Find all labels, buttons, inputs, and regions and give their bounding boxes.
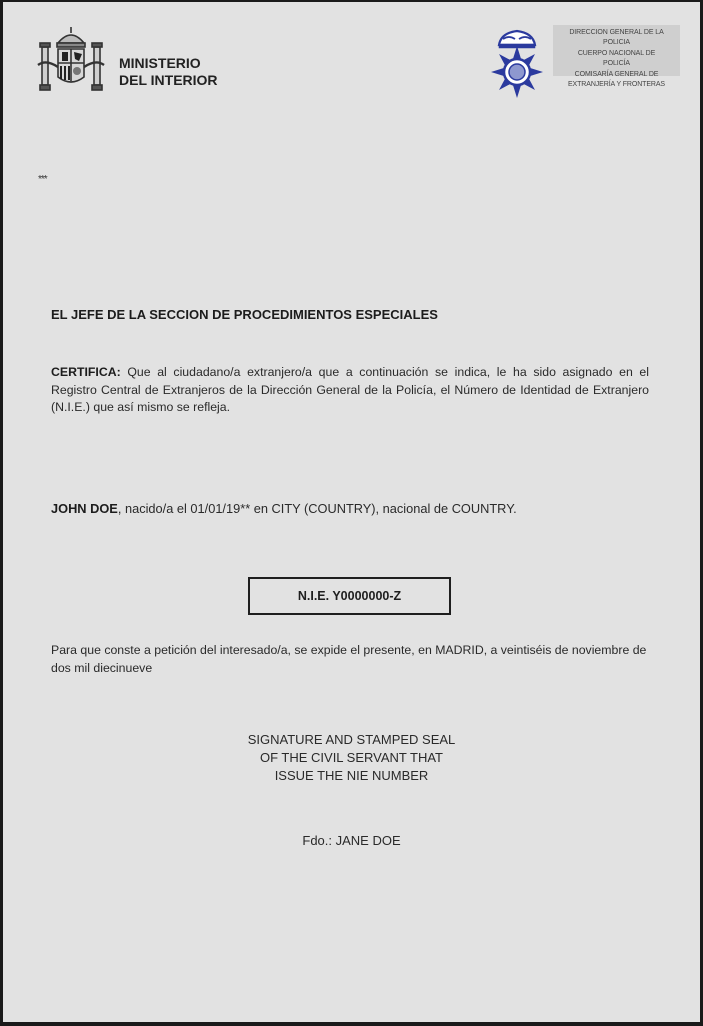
signature-placeholder: SIGNATURE AND STAMPED SEAL OF THE CIVIL …: [203, 731, 500, 785]
person-details: JOHN DOE, nacido/a el 01/01/19** en CITY…: [51, 501, 517, 516]
reference-marker: ***: [38, 174, 47, 185]
nie-number-box: N.I.E. Y0000000-Z: [248, 577, 451, 615]
spanish-coat-of-arms-icon: [36, 25, 106, 97]
person-name: JOHN DOE: [51, 501, 118, 516]
certifica-text: Que al ciudadano/a extranjero/a que a co…: [51, 365, 649, 414]
signed-by: Fdo.: JANE DOE: [203, 833, 500, 848]
certifica-label: CERTIFICA:: [51, 365, 121, 379]
certificate-page: MINISTERIO DEL INTERIOR DIRECCI: [3, 2, 700, 1022]
person-birth-nationality: , nacido/a el 01/01/19** en CITY (COUNTR…: [118, 501, 517, 516]
agency-block: DIRECCION GENERAL DE LA POLICIA CUERPO N…: [553, 28, 680, 89]
issuance-paragraph: Para que conste a petición del interesad…: [51, 642, 649, 677]
certifica-paragraph: CERTIFICA: Que al ciudadano/a extranjero…: [51, 364, 649, 417]
ministry-name: MINISTERIO DEL INTERIOR: [119, 55, 218, 89]
nie-number: N.I.E. Y0000000-Z: [298, 589, 401, 603]
document-heading: EL JEFE DE LA SECCION DE PROCEDIMIENTOS …: [51, 307, 438, 322]
policia-nacional-badge-icon: [487, 27, 547, 99]
